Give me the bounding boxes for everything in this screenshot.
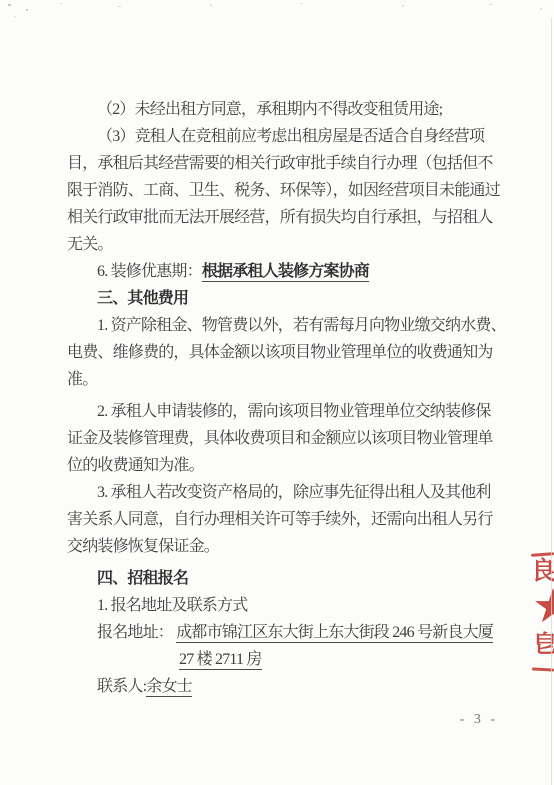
clause-line: 限于消防、工商、卫生、税务、环保等），如因经营项目未能通过 — [67, 177, 511, 204]
clause-label: 6. 装修优惠期： — [97, 263, 202, 280]
clause-line: （2）未经出租方同意，承租期内不得改变租赁用途; — [67, 96, 511, 123]
clause-line: 1. 报名地址及联系方式 — [67, 592, 511, 619]
address-value: 成都市锦江区东大街上东大街段 246 号新良大厦 — [176, 624, 493, 643]
clause-text: （3）竞租人在竞租前应考虑出租房屋是否适合自身经营项 — [97, 128, 484, 145]
scan-speckle — [489, 4, 492, 5]
scan-speckle — [540, 8, 542, 10]
contact-person-line: 联系人:余女士 — [67, 673, 511, 700]
address-value: 27 楼 2711 房 — [179, 651, 262, 670]
registration-address-line-2: 27 楼 2711 房 — [67, 646, 511, 673]
scan-speckle — [60, 3, 62, 4]
clause-line: 3. 承租人若改变资产格局的，除应事先征得出租人及其他利 — [67, 479, 511, 506]
clause-text: 准。 — [67, 371, 97, 388]
clause-text: （2）未经出租方同意，承租期内不得改变租赁用途; — [97, 101, 442, 118]
clause-text: 目，承租后其经营需要的相关行政审批手续自行办理（包括但不 — [67, 155, 493, 172]
clause-text: 1. 资产除租金、物管费以外，若有需每月向物业缴交纳水费、 — [97, 317, 506, 334]
clause-line: （3）竞租人在竞租前应考虑出租房屋是否适合自身经营项 — [67, 123, 511, 150]
clause-text: 相关行政审批而无法开展经营，所有损失均自行承担，与招租人 — [67, 209, 493, 226]
filled-in-value: 根据承租人装修方案协商 — [202, 263, 369, 282]
scan-speckle — [14, 16, 16, 17]
clause-text: 交纳装修恢复保证金。 — [67, 538, 219, 555]
scan-speckle — [300, 3, 303, 4]
clause-line: 位的收费通知为准。 — [67, 452, 511, 479]
clause-line: 电费、维修费的，具体金额以该项目物业管理单位的收费通知为 — [67, 339, 511, 366]
clause-line: 目，承租后其经营需要的相关行政审批手续自行办理（包括但不 — [67, 150, 511, 177]
scan-edge-artifact — [551, 18, 552, 785]
clause-text: 无关。 — [67, 236, 113, 253]
clause-line: 交纳装修恢复保证金。 — [67, 533, 511, 560]
scan-speckle — [26, 9, 28, 11]
document-body: （2）未经出租方同意，承租期内不得改变租赁用途; （3）竞租人在竞租前应考虑出租… — [67, 96, 511, 700]
section-heading-rental-registration: 四、招租报名 — [67, 565, 511, 592]
page-number: - 3 - — [460, 712, 498, 728]
clause-text: 害关系人同意，自行办理相关许可等手续外，还需向出租人另行 — [67, 511, 493, 528]
field-label: 联系人: — [97, 678, 146, 695]
clause-line: 准。 — [67, 366, 511, 393]
scan-speckle — [402, 5, 404, 7]
scan-speckle — [8, 4, 11, 6]
section-heading-other-fees: 三、其他费用 — [67, 285, 511, 312]
clause-text: 位的收费通知为准。 — [67, 457, 204, 474]
scan-speckle — [118, 6, 121, 7]
clause-text: 限于消防、工商、卫生、税务、环保等），如因经营项目未能通过 — [67, 182, 500, 199]
clause-line-decoration-period: 6. 装修优惠期：根据承租人装修方案协商 — [67, 258, 511, 285]
heading-text: 四、招租报名 — [97, 570, 188, 587]
field-label: 报名地址： — [97, 624, 176, 641]
clause-line: 害关系人同意，自行办理相关许可等手续外，还需向出租人另行 — [67, 506, 511, 533]
clause-text: 证金及装修管理费，具体收费项目和金额应以该项目物业管理单 — [67, 430, 493, 447]
clause-line: 相关行政审批而无法开展经营，所有损失均自行承担，与招租人 — [67, 204, 511, 231]
heading-text: 三、其他费用 — [97, 290, 188, 307]
scanned-document-page: （2）未经出租方同意，承租期内不得改变租赁用途; （3）竞租人在竞租前应考虑出租… — [0, 0, 554, 785]
scan-speckle — [210, 4, 212, 6]
clause-text: 3. 承租人若改变资产格局的，除应事先征得出租人及其他利 — [97, 484, 491, 501]
registration-address-line: 报名地址： 成都市锦江区东大街上东大街段 246 号新良大厦 — [67, 619, 511, 646]
clause-line: 1. 资产除租金、物管费以外，若有需每月向物业缴交纳水费、 — [67, 312, 511, 339]
clause-text: 1. 报名地址及联系方式 — [97, 597, 247, 614]
contact-name-value: 余女士 — [146, 678, 192, 697]
clause-text: 2. 承租人申请装修的，需向该项目物业管理单位交纳装修保 — [97, 403, 491, 420]
clause-line: 证金及装修管理费，具体收费项目和金额应以该项目物业管理单 — [67, 425, 511, 452]
clause-text: 电费、维修费的，具体金额以该项目物业管理单位的收费通知为 — [67, 344, 493, 361]
clause-line: 2. 承租人申请装修的，需向该项目物业管理单位交纳装修保 — [67, 398, 511, 425]
clause-line: 无关。 — [67, 231, 511, 258]
